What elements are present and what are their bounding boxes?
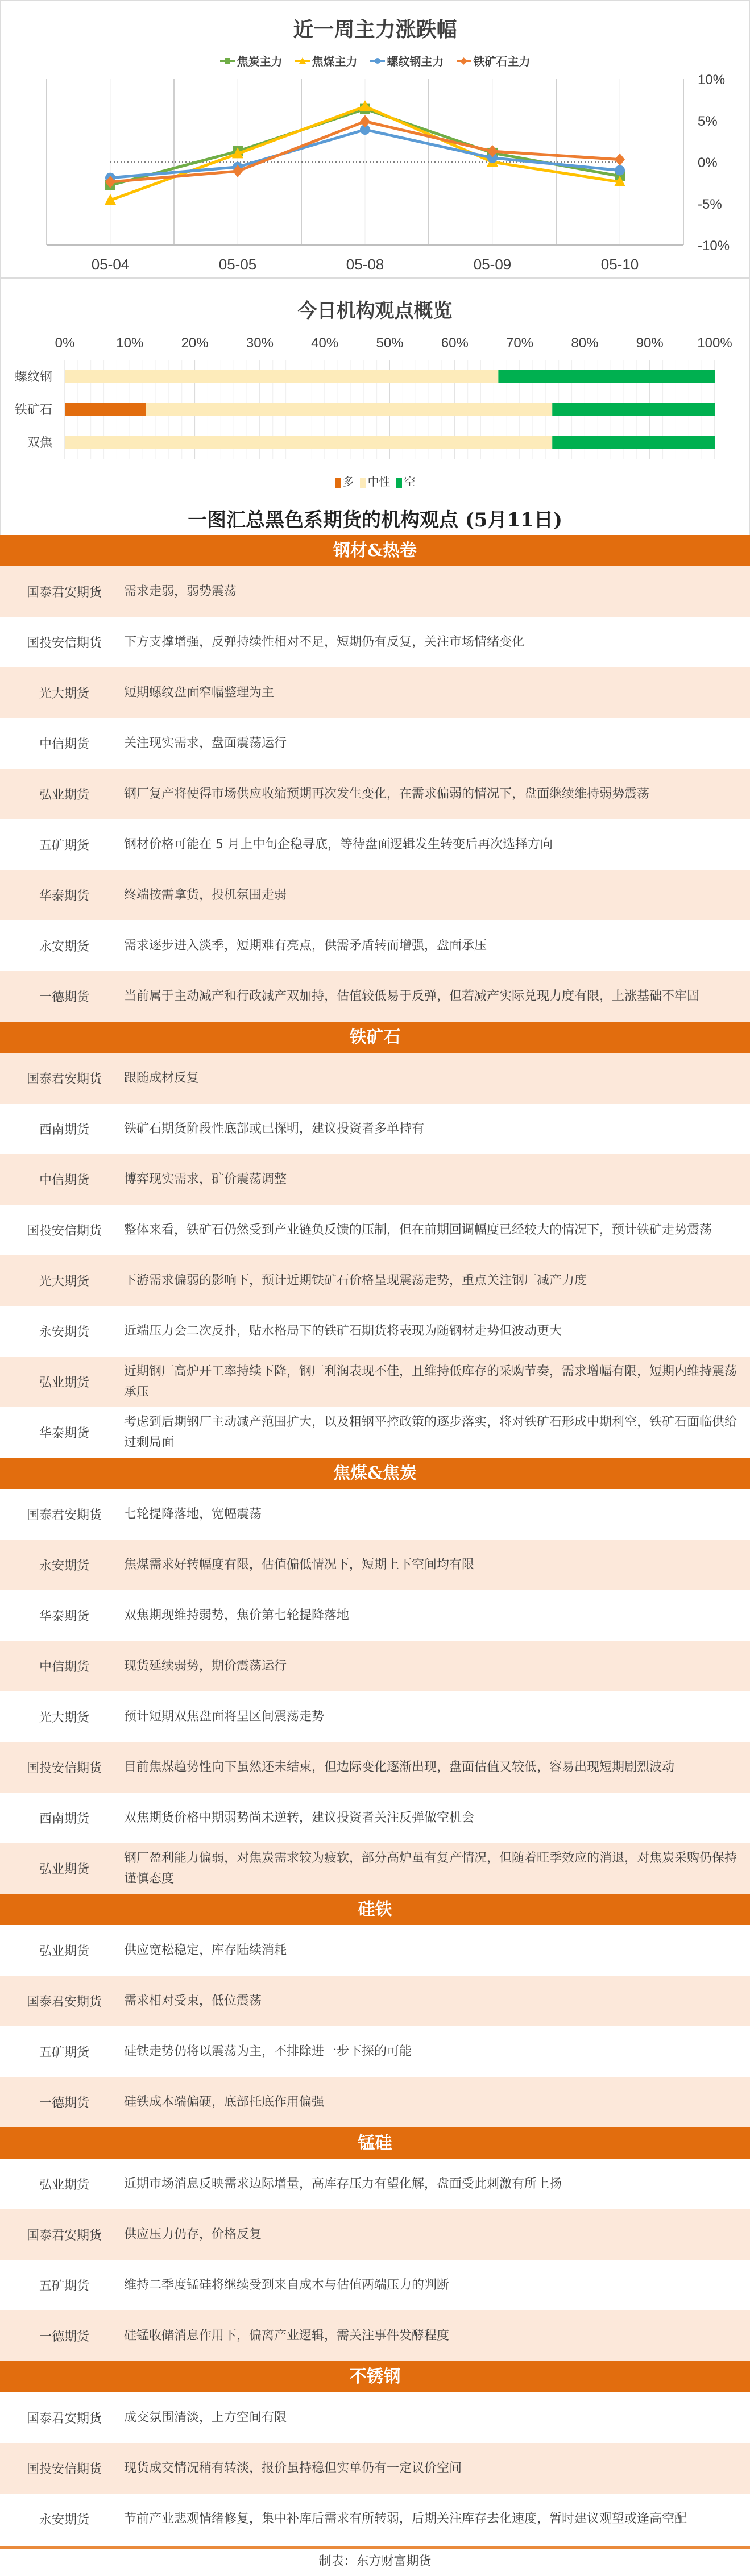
institution-view: 下方支撑增强，反弹持续性相对不足，短期仍有反复，关注市场情绪变化 bbox=[124, 632, 750, 653]
bar-segment bbox=[146, 403, 552, 416]
institution-name: 国泰君安期货 bbox=[0, 2226, 124, 2243]
institution-name: 弘业期货 bbox=[0, 1373, 124, 1391]
y-tick-label: -5% bbox=[698, 197, 722, 212]
table-row: 弘业期货近期市场消息反映需求边际增量，高库存压力有望化解，盘面受此刺激有所上扬 bbox=[0, 2159, 750, 2209]
institution-view: 目前焦煤趋势性向下虽然还未结束，但边际变化逐渐出现，盘面估值又较低，容易出现短期… bbox=[124, 1757, 750, 1778]
neutral-swatch-icon bbox=[360, 478, 366, 488]
institution-name: 一德期货 bbox=[0, 2327, 124, 2345]
bar-segment bbox=[552, 403, 715, 416]
footer-credit: 制表：东方财富期货 bbox=[0, 2549, 750, 2576]
category-label: 螺纹钢 bbox=[15, 370, 52, 384]
institution-name: 国泰君安期货 bbox=[0, 583, 124, 600]
y-tick-label: 5% bbox=[698, 114, 718, 129]
table-row: 五矿期货维持二季度锰硅将继续受到来自成本与估值两端压力的判断 bbox=[0, 2260, 750, 2310]
category-label: 铁矿石 bbox=[15, 403, 52, 417]
institution-views-table: 钢材&热卷国泰君安期货需求走弱，弱势震荡国投安信期货下方支撑增强，反弹持续性相对… bbox=[0, 535, 750, 2544]
institution-name: 国泰君安期货 bbox=[0, 1069, 124, 1087]
x-tick-label: 10% bbox=[116, 335, 143, 351]
table-row: 国泰君安期货跟随成材反复 bbox=[0, 1053, 750, 1104]
data-point-marker bbox=[615, 165, 625, 176]
table-row: 中信期货博弈现实需求，矿价震荡调整 bbox=[0, 1154, 750, 1205]
institution-name: 弘业期货 bbox=[0, 1942, 124, 1959]
x-tick-label: 05-05 bbox=[219, 256, 257, 273]
institution-name: 国泰君安期货 bbox=[0, 1505, 124, 1523]
weekly-change-line-chart: 近一周主力涨跌幅 焦炭主力 焦煤主力 螺纹钢主力 铁矿石主力 10%5%0%-5… bbox=[0, 0, 750, 278]
institution-name: 华泰期货 bbox=[0, 886, 124, 904]
institution-view: 焦煤需求好转幅度有限，估值偏低情况下，短期上下空间均有限 bbox=[124, 1555, 750, 1575]
data-point-marker bbox=[615, 154, 625, 166]
legend-item-short: 空 bbox=[396, 472, 416, 489]
institution-name: 华泰期货 bbox=[0, 1424, 124, 1441]
data-point-marker bbox=[360, 115, 370, 127]
y-tick-label: 0% bbox=[698, 155, 718, 171]
table-row: 国泰君安期货需求相对受束，低位震荡 bbox=[0, 1976, 750, 2026]
institution-name: 永安期货 bbox=[0, 2510, 124, 2528]
institution-name: 永安期货 bbox=[0, 1556, 124, 1574]
table-row: 弘业期货供应宽松稳定，库存陆续消耗 bbox=[0, 1925, 750, 1976]
institution-name: 五矿期货 bbox=[0, 2276, 124, 2294]
x-tick-label: 05-09 bbox=[474, 256, 512, 273]
table-row: 国投安信期货目前焦煤趋势性向下虽然还未结束，但边际变化逐渐出现，盘面估值又较低，… bbox=[0, 1742, 750, 1793]
institution-view: 终端按需拿货，投机氛围走弱 bbox=[124, 885, 750, 906]
institution-view: 供应宽松稳定，库存陆续消耗 bbox=[124, 1940, 750, 1961]
institution-view: 关注现实需求，盘面震荡运行 bbox=[124, 733, 750, 754]
institution-view: 钢材价格可能在 5 月上中旬企稳寻底，等待盘面逻辑发生转变后再次选择方向 bbox=[124, 835, 750, 855]
section-header: 锰硅 bbox=[0, 2127, 750, 2159]
institution-view: 双焦期现维持弱势，焦价第七轮提降落地 bbox=[124, 1606, 750, 1626]
table-row: 国投安信期货现货成交情况稍有转淡，报价虽持稳但实单仍有一定议价空间 bbox=[0, 2443, 750, 2494]
institution-view: 考虑到后期钢厂主动减产范围扩大，以及粗钢平控政策的逐步落实，将对铁矿石形成中期利… bbox=[124, 1412, 750, 1453]
section-header: 焦煤&焦炭 bbox=[0, 1458, 750, 1489]
table-row: 光大期货短期螺纹盘面窄幅整理为主 bbox=[0, 667, 750, 718]
institution-view: 整体来看，铁矿石仍然受到产业链负反馈的压制，但在前期回调幅度已经较大的情况下，预… bbox=[124, 1220, 750, 1241]
institution-view: 铁矿石期货阶段性底部或已探明，建议投资者多单持有 bbox=[124, 1119, 750, 1139]
x-tick-label: 20% bbox=[181, 335, 209, 351]
table-row: 国泰君安期货供应压力仍存，价格反复 bbox=[0, 2209, 750, 2260]
table-row: 永安期货节前产业悲观情绪修复，集中补库后需求有所转弱，后期关注库存去化速度，暂时… bbox=[0, 2494, 750, 2544]
institution-view: 预计短期双焦盘面将呈区间震荡走势 bbox=[124, 1707, 750, 1727]
institution-view: 现货延续弱势，期价震荡运行 bbox=[124, 1656, 750, 1677]
bar-segment bbox=[65, 436, 552, 449]
institution-view: 需求走弱，弱势震荡 bbox=[124, 582, 750, 602]
table-row: 光大期货下游需求偏弱的影响下，预计近期铁矿石价格呈现震荡走势，重点关注钢厂减产力… bbox=[0, 1255, 750, 1306]
x-tick-label: 0% bbox=[55, 335, 75, 351]
x-tick-label: 60% bbox=[441, 335, 469, 351]
institution-name: 五矿期货 bbox=[0, 2043, 124, 2060]
short-swatch-icon bbox=[396, 478, 402, 488]
x-tick-label: 05-10 bbox=[601, 256, 639, 273]
institution-view: 下游需求偏弱的影响下，预计近期铁矿石价格呈现震荡走势，重点关注钢厂减产力度 bbox=[124, 1271, 750, 1291]
institution-name: 国泰君安期货 bbox=[0, 2409, 124, 2426]
institution-name: 中信期货 bbox=[0, 1171, 124, 1188]
table-row: 国泰君安期货成交氛围清淡，上方空间有限 bbox=[0, 2392, 750, 2443]
bar-segment bbox=[65, 403, 146, 416]
institution-view: 维持二季度锰硅将继续受到来自成本与估值两端压力的判断 bbox=[124, 2275, 750, 2296]
institution-name: 国投安信期货 bbox=[0, 1758, 124, 1776]
table-row: 西南期货双焦期货价格中期弱势尚未逆转，建议投资者关注反弹做空机会 bbox=[0, 1793, 750, 1843]
table-row: 国投安信期货整体来看，铁矿石仍然受到产业链负反馈的压制，但在前期回调幅度已经较大… bbox=[0, 1205, 750, 1255]
legend-item-long: 多 bbox=[335, 472, 354, 489]
institution-view: 七轮提降落地，宽幅震荡 bbox=[124, 1504, 750, 1525]
x-tick-label: 90% bbox=[636, 335, 664, 351]
x-tick-label: 70% bbox=[506, 335, 533, 351]
table-row: 光大期货预计短期双焦盘面将呈区间震荡走势 bbox=[0, 1691, 750, 1742]
institution-name: 永安期货 bbox=[0, 937, 124, 955]
table-row: 中信期货关注现实需求，盘面震荡运行 bbox=[0, 718, 750, 769]
section-header: 硅铁 bbox=[0, 1894, 750, 1925]
institution-view: 需求相对受束，低位震荡 bbox=[124, 1991, 750, 2011]
institution-view: 近期钢厂高炉开工率持续下降，钢厂利润表现不佳，且维持低库存的采购节奏，需求增幅有… bbox=[124, 1362, 750, 1403]
x-tick-label: 100% bbox=[697, 335, 732, 351]
table-row: 一德期货硅锰收储消息作用下，偏离产业逻辑，需关注事件发酵程度 bbox=[0, 2310, 750, 2361]
institution-name: 国投安信期货 bbox=[0, 1221, 124, 1239]
institution-name: 一德期货 bbox=[0, 988, 124, 1005]
institution-view: 钢厂复产将使得市场供应收缩预期再次发生变化，在需求偏弱的情况下，盘面继续维持弱势… bbox=[124, 784, 750, 804]
legend-label: 中性 bbox=[368, 475, 391, 488]
table-row: 国泰君安期货七轮提降落地，宽幅震荡 bbox=[0, 1489, 750, 1540]
institution-view: 硅锰收储消息作用下，偏离产业逻辑，需关注事件发酵程度 bbox=[124, 2326, 750, 2346]
legend-item-neutral: 中性 bbox=[360, 472, 391, 489]
table-row: 华泰期货终端按需拿货，投机氛围走弱 bbox=[0, 870, 750, 920]
y-tick-label: 10% bbox=[698, 72, 725, 88]
legend-label: 多 bbox=[343, 475, 354, 488]
x-tick-label: 30% bbox=[246, 335, 274, 351]
section-header: 钢材&热卷 bbox=[0, 535, 750, 566]
table-row: 华泰期货双焦期现维持弱势，焦价第七轮提降落地 bbox=[0, 1590, 750, 1641]
y-tick-label: -10% bbox=[698, 238, 730, 254]
institution-view: 现货成交情况稍有转淡，报价虽持稳但实单仍有一定议价空间 bbox=[124, 2458, 750, 2479]
institution-view: 当前属于主动减产和行政减产双加持，估值较低易于反弹，但若减产实际兑现力度有限，上… bbox=[124, 986, 750, 1007]
institution-view: 节前产业悲观情绪修复，集中补库后需求有所转弱，后期关注库存去化速度，暂时建议观望… bbox=[124, 2509, 750, 2529]
institution-name: 国投安信期货 bbox=[0, 2459, 124, 2477]
table-row: 弘业期货钢厂复产将使得市场供应收缩预期再次发生变化，在需求偏弱的情况下，盘面继续… bbox=[0, 769, 750, 819]
institution-view: 跟随成材反复 bbox=[124, 1068, 750, 1089]
table-row: 一德期货当前属于主动减产和行政减产双加持，估值较低易于反弹，但若减产实际兑现力度… bbox=[0, 971, 750, 1022]
line-plot-area: 10%5%0%-5%-10%05-0405-0505-0805-0905-10 bbox=[1, 1, 749, 279]
institution-view: 成交氛围清淡，上方空间有限 bbox=[124, 2408, 750, 2428]
table-row: 永安期货焦煤需求好转幅度有限，估值偏低情况下，短期上下空间均有限 bbox=[0, 1540, 750, 1590]
institution-name: 光大期货 bbox=[0, 1272, 124, 1289]
institution-name: 弘业期货 bbox=[0, 2175, 124, 2193]
institution-name: 光大期货 bbox=[0, 684, 124, 702]
institution-name: 国投安信期货 bbox=[0, 633, 124, 651]
table-row: 华泰期货考虑到后期钢厂主动减产范围扩大，以及粗钢平控政策的逐步落实，将对铁矿石形… bbox=[0, 1407, 750, 1458]
section-header: 不锈钢 bbox=[0, 2361, 750, 2392]
x-tick-label: 40% bbox=[311, 335, 338, 351]
institution-name: 五矿期货 bbox=[0, 836, 124, 853]
summary-title: 一图汇总黑色系期货的机构观点 (5月11日) bbox=[0, 505, 750, 535]
bar-segment bbox=[498, 370, 715, 383]
category-label: 双焦 bbox=[27, 435, 53, 450]
legend-label: 空 bbox=[404, 475, 416, 488]
institution-name: 光大期货 bbox=[0, 1708, 124, 1725]
bar-chart-legend: 多 中性 空 bbox=[1, 472, 749, 489]
x-tick-label: 05-08 bbox=[346, 256, 384, 273]
table-row: 永安期货近端压力会二次反扑，贴水格局下的铁矿石期货将表现为随钢材走势但波动更大 bbox=[0, 1306, 750, 1357]
table-row: 永安期货需求逐步进入淡季，短期难有亮点，供需矛盾转而增强，盘面承压 bbox=[0, 920, 750, 971]
institution-view: 近期市场消息反映需求边际增量，高库存压力有望化解，盘面受此刺激有所上扬 bbox=[124, 2174, 750, 2195]
x-tick-label: 05-04 bbox=[92, 256, 130, 273]
institution-view: 双焦期货价格中期弱势尚未逆转，建议投资者关注反弹做空机会 bbox=[124, 1808, 750, 1828]
institution-name: 华泰期货 bbox=[0, 1607, 124, 1624]
institution-view: 钢厂盈利能力偏弱，对焦炭需求较为疲软，部分高炉虽有复产情况，但随着旺季效应的消退… bbox=[124, 1848, 750, 1889]
institution-name: 永安期货 bbox=[0, 1322, 124, 1340]
institution-name: 弘业期货 bbox=[0, 785, 124, 803]
institution-view: 需求逐步进入淡季，短期难有亮点，供需矛盾转而增强，盘面承压 bbox=[124, 936, 750, 956]
table-row: 弘业期货近期钢厂高炉开工率持续下降，钢厂利润表现不佳，且维持低库存的采购节奏，需… bbox=[0, 1357, 750, 1407]
table-row: 国投安信期货下方支撑增强，反弹持续性相对不足，短期仍有反复，关注市场情绪变化 bbox=[0, 617, 750, 667]
institution-name: 西南期货 bbox=[0, 1809, 124, 1827]
institution-name: 西南期货 bbox=[0, 1120, 124, 1138]
table-row: 西南期货铁矿石期货阶段性底部或已探明，建议投资者多单持有 bbox=[0, 1104, 750, 1154]
institution-view: 硅铁走势仍将以震荡为主，不排除进一步下探的可能 bbox=[124, 2042, 750, 2062]
x-tick-label: 50% bbox=[376, 335, 403, 351]
institution-view: 近端压力会二次反扑，贴水格局下的铁矿石期货将表现为随钢材走势但波动更大 bbox=[124, 1321, 750, 1342]
table-row: 国泰君安期货需求走弱，弱势震荡 bbox=[0, 566, 750, 617]
institution-name: 弘业期货 bbox=[0, 1860, 124, 1877]
institution-name: 中信期货 bbox=[0, 1657, 124, 1675]
bar-segment bbox=[65, 370, 498, 383]
institution-view: 短期螺纹盘面窄幅整理为主 bbox=[124, 683, 750, 703]
table-row: 中信期货现货延续弱势，期价震荡运行 bbox=[0, 1641, 750, 1691]
institution-name: 国泰君安期货 bbox=[0, 1992, 124, 2010]
table-row: 五矿期货钢材价格可能在 5 月上中旬企稳寻底，等待盘面逻辑发生转变后再次选择方向 bbox=[0, 819, 750, 870]
institution-view: 硅铁成本端偏硬，底部托底作用偏强 bbox=[124, 2092, 750, 2113]
institution-view-bar-chart: 今日机构观点概览 0%10%20%30%40%50%60%70%80%90%10… bbox=[0, 278, 750, 505]
institution-name: 一德期货 bbox=[0, 2093, 124, 2111]
table-row: 一德期货硅铁成本端偏硬，底部托底作用偏强 bbox=[0, 2077, 750, 2127]
institution-name: 中信期货 bbox=[0, 735, 124, 752]
x-tick-label: 80% bbox=[571, 335, 598, 351]
institution-view: 博弈现实需求，矿价震荡调整 bbox=[124, 1169, 750, 1190]
long-swatch-icon bbox=[335, 478, 341, 488]
bar-segment bbox=[552, 436, 715, 449]
table-row: 弘业期货钢厂盈利能力偏弱，对焦炭需求较为疲软，部分高炉虽有复产情况，但随着旺季效… bbox=[0, 1843, 750, 1894]
section-header: 铁矿石 bbox=[0, 1022, 750, 1053]
institution-view: 供应压力仍存，价格反复 bbox=[124, 2225, 750, 2245]
table-row: 五矿期货硅铁走势仍将以震荡为主，不排除进一步下探的可能 bbox=[0, 2026, 750, 2077]
